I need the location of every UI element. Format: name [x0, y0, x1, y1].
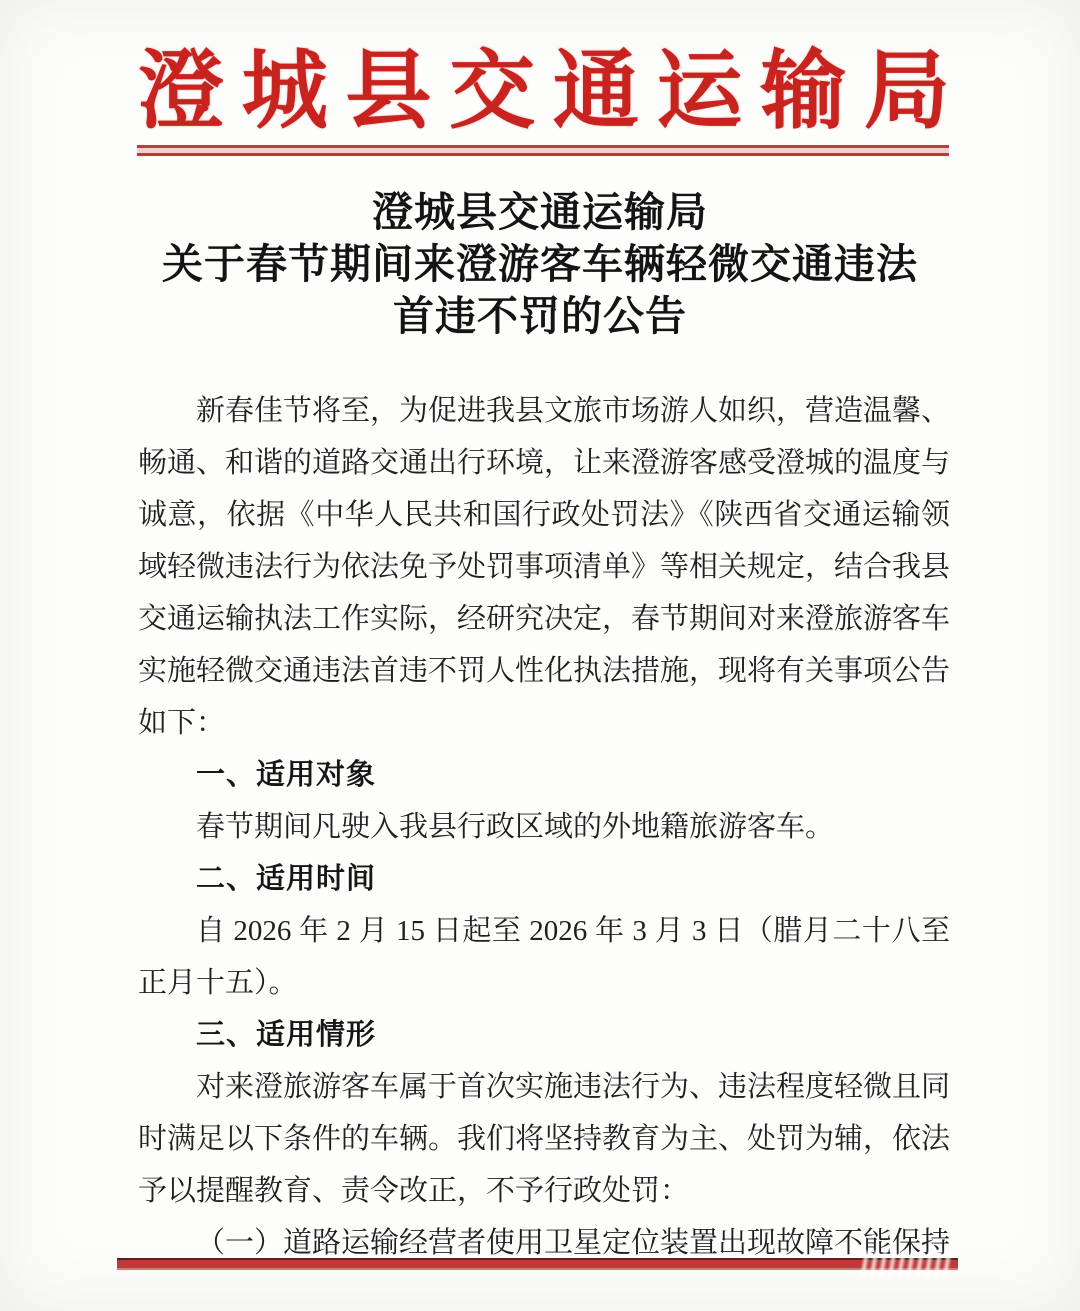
letterhead-divider: [137, 145, 949, 156]
title-line-2: 关于春节期间来澄游客车辆轻微交通违法: [0, 238, 1080, 290]
section-heading-3-cases: 三、适用情形: [138, 1009, 950, 1061]
title-line-3: 首违不罚的公告: [0, 290, 1080, 342]
document-body: 新春佳节将至，为促进我县文旅市场游人如织，营造温馨、畅通、和谐的道路交通出行环境…: [138, 385, 950, 1269]
paragraph-period: 自 2026 年 2 月 15 日起至 2026 年 3 月 3 日（腊月二十八…: [138, 905, 950, 1009]
title-line-1: 澄城县交通运输局: [0, 186, 1080, 238]
document-page: 澄城县交通运输局 澄城县交通运输局 关于春节期间来澄游客车辆轻微交通违法 首违不…: [0, 0, 1080, 1311]
section-heading-2-period: 二、适用时间: [138, 853, 950, 905]
document-title: 澄城县交通运输局 关于春节期间来澄游客车辆轻微交通违法 首违不罚的公告: [0, 186, 1080, 342]
letterhead-title: 澄城县交通运输局: [138, 42, 950, 140]
footer-divider: [117, 1258, 958, 1270]
section-heading-1-subjects: 一、适用对象: [138, 749, 950, 801]
paragraph-cases: 对来澄旅游客车属于首次实施违法行为、违法程度轻微且同时满足以下条件的车辆。我们将…: [138, 1061, 950, 1217]
paragraph-subjects: 春节期间凡驶入我县行政区域的外地籍旅游客车。: [138, 801, 950, 853]
paragraph-intro: 新春佳节将至，为促进我县文旅市场游人如织，营造温馨、畅通、和谐的道路交通出行环境…: [138, 385, 950, 749]
